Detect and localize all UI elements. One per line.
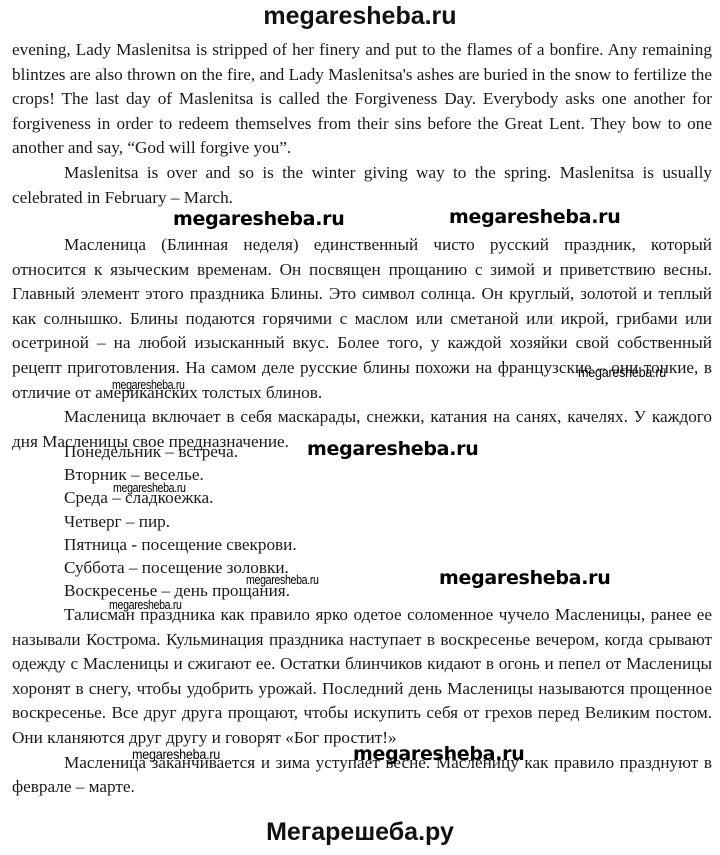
day-item: Понедельник – встреча. [64,440,297,463]
watermark: megaresheba.ru [439,567,610,589]
watermark: megaresheba.ru [132,746,220,762]
watermark: megaresheba.ru [353,743,524,765]
watermark: megaresheba.ru [307,438,478,460]
watermark: megaresheba.ru [449,206,620,228]
site-footer: Мегарешеба.ру [0,818,720,847]
watermark: megaresheba.ru [578,364,666,380]
watermark: megaresheba.ru [246,573,319,587]
watermark: megaresheba.ru [173,208,344,230]
russian-text-top: Масленица (Блинная неделя) единственный … [12,233,712,454]
russian-text-bottom: Талисман праздника как правило ярко одет… [12,603,712,800]
day-item: Четверг – пир. [64,510,297,533]
english-paragraph-1: evening, Lady Maslenitsa is stripped of … [12,38,712,161]
day-item: Пятница - посещение свекрови. [64,533,297,556]
watermark: megaresheba.ru [113,481,186,495]
english-paragraph-2: Maslenitsa is over and so is the winter … [12,161,712,210]
site-header: megaresheba.ru [0,2,720,31]
watermark: megaresheba.ru [109,598,182,612]
watermark: megaresheba.ru [112,378,185,392]
english-text: evening, Lady Maslenitsa is stripped of … [12,38,712,210]
russian-paragraph-3: Талисман праздника как правило ярко одет… [12,603,712,751]
